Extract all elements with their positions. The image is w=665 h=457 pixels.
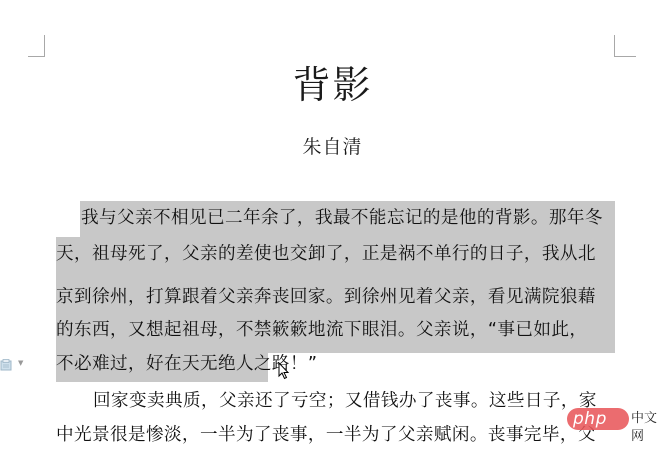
text-line[interactable]: 中光景很是惨淡，一半为了丧事，一半为了父亲赋闲。丧事完毕，父 xyxy=(56,423,596,447)
text-line[interactable]: 我与父亲不相见已二年余了，我最不能忘记的是他的背影。那年冬 xyxy=(81,206,603,230)
text-line[interactable]: 回家变卖典质，父亲还了亏空；又借钱办了丧事。这些日子，家 xyxy=(93,389,597,413)
text-line[interactable]: 天，祖母死了，父亲的差使也交卸了，正是祸不单行的日子，我从北 xyxy=(56,242,596,266)
document-title: 背影 xyxy=(0,60,665,110)
text-line[interactable]: 的东西，又想起祖母，不禁簌簌地流下眼泪。父亲说，“事已如此， xyxy=(56,318,587,342)
crop-mark-top-left xyxy=(28,35,45,57)
clipboard-icon[interactable] xyxy=(0,356,14,368)
document-author: 朱自清 xyxy=(0,134,665,160)
text-line[interactable]: 京到徐州，打算跟着父亲奔丧回家。到徐州见着父亲，看见满院狼藉 xyxy=(56,285,596,309)
watermark: php 中文网 xyxy=(567,408,665,432)
chevron-down-icon[interactable]: ▼ xyxy=(18,359,23,367)
mouse-pointer-icon xyxy=(278,362,290,380)
watermark-suffix: 中文网 xyxy=(631,410,665,446)
crop-mark-top-right xyxy=(614,35,636,57)
watermark-brand: php xyxy=(573,408,607,430)
